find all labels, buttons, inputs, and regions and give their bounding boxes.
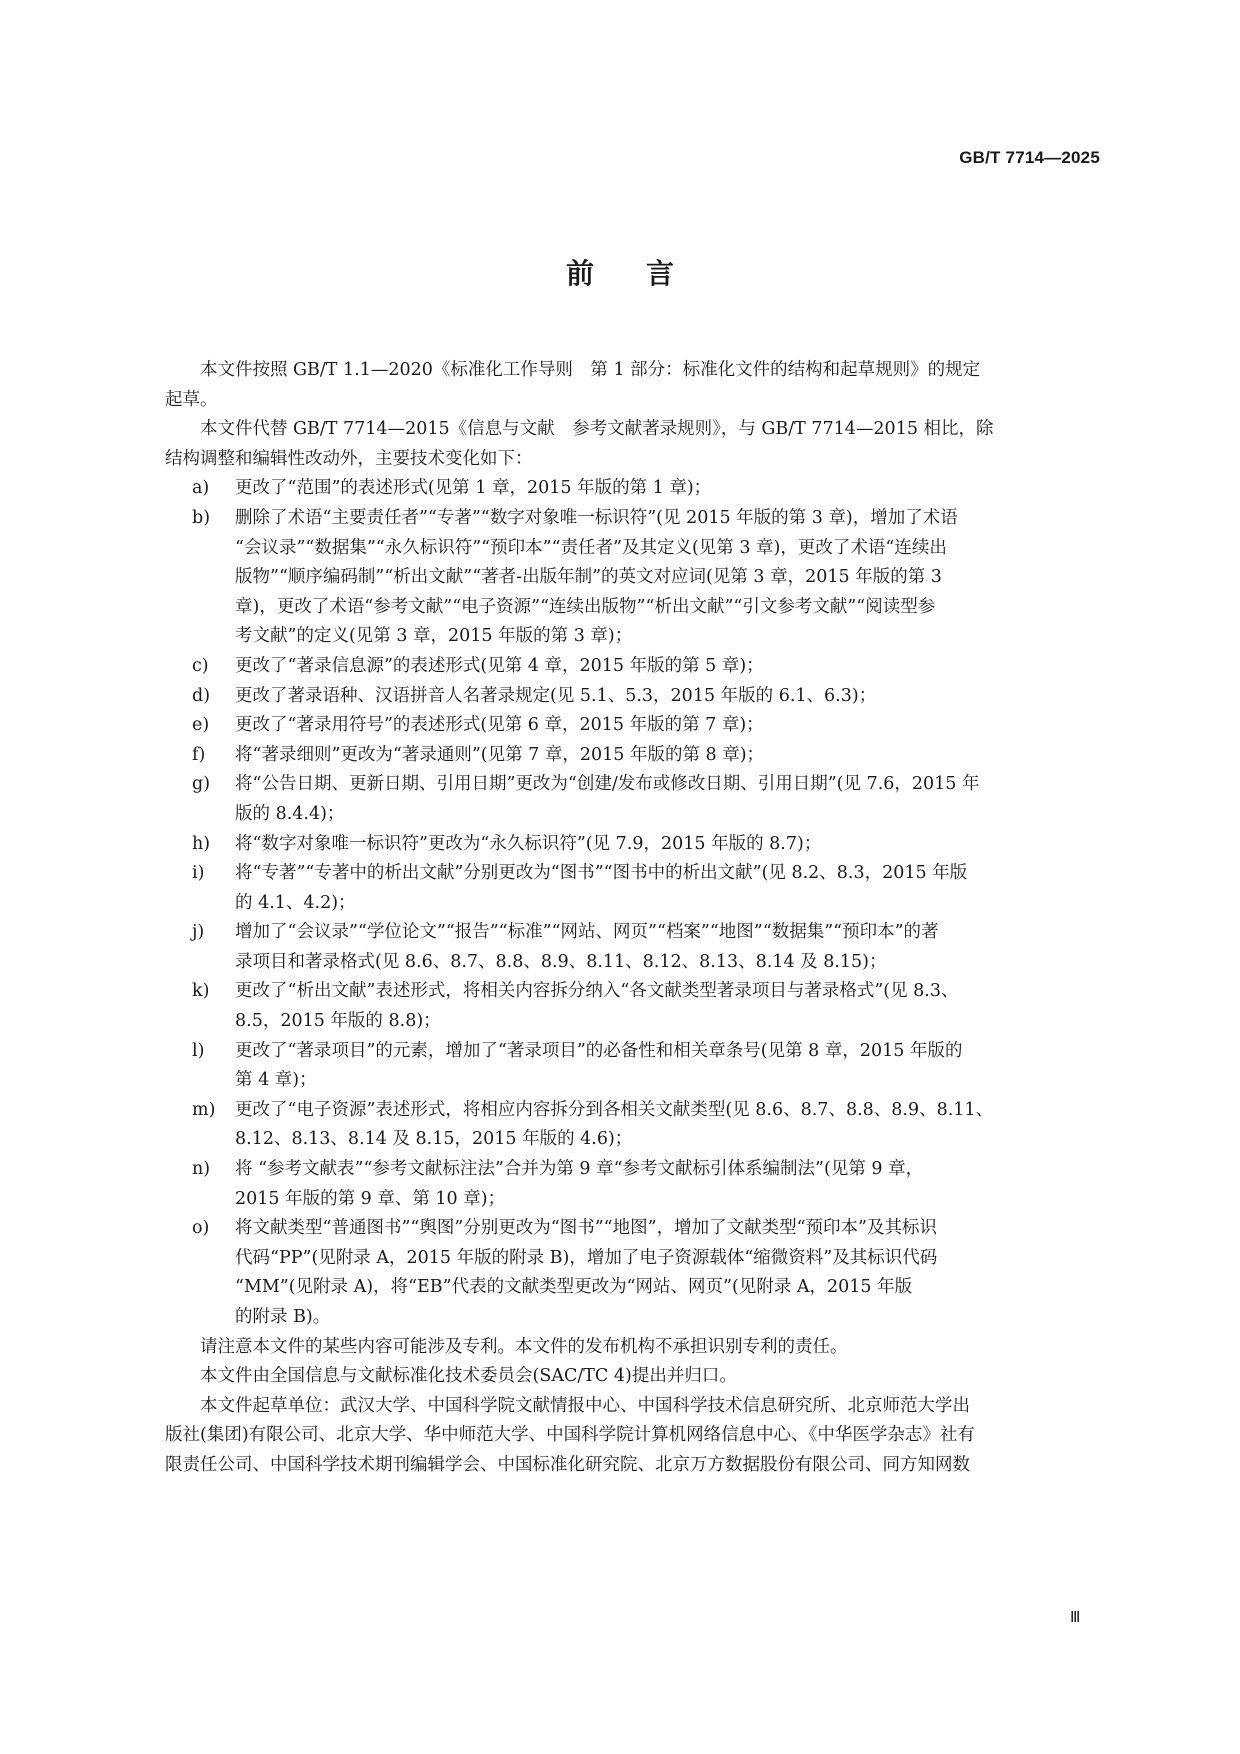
- text-line: 版的 8.4.4)；: [235, 800, 1105, 830]
- list-item: c)更改了“著录信息源”的表述形式(见第 4 章，2015 年版的第 5 章)；: [165, 652, 1105, 682]
- list-item-label: j): [192, 918, 204, 948]
- paragraph: 本文件起草单位：武汉大学、中国科学院文献情报中心、中国科学技术信息研究所、北京师…: [165, 1392, 1105, 1481]
- list-item: j)增加了“会议录”“学位论文”“报告”“标准”“网站、网页”“档案”“地图”“…: [165, 918, 1105, 977]
- text-line: 更改了“析出文献”表述形式，将相关内容拆分纳入“各文献类型著录项目与著录格式”(…: [235, 977, 1105, 1007]
- text-line: 增加了“会议录”“学位论文”“报告”“标准”“网站、网页”“档案”“地图”“数据…: [235, 918, 1105, 948]
- list-item: e)更改了“著录用符号”的表述形式(见第 6 章，2015 年版的第 7 章)；: [165, 711, 1105, 741]
- text-line: 限责任公司、中国科学技术期刊编辑学会、中国标准化研究院、北京万方数据股份有限公司…: [165, 1451, 1105, 1481]
- list-item-label: i): [192, 859, 204, 889]
- text-line: 代码“PP”(见附录 A，2015 年版的附录 B)，增加了电子资源载体“缩微资…: [235, 1244, 1105, 1274]
- list-item: n)将 “参考文献表”“参考文献标注法”合并为第 9 章“参考文献标引体系编制法…: [165, 1155, 1105, 1214]
- list-item-label: n): [192, 1155, 210, 1185]
- list-item: o)将文献类型“普通图书”“舆图”分别更改为“图书”“地图”，增加了文献类型“预…: [165, 1214, 1105, 1332]
- list-item: a)更改了“范围”的表述形式(见第 1 章，2015 年版的第 1 章)；: [165, 474, 1105, 504]
- paragraph: 本文件由全国信息与文献标准化技术委员会(SAC/TC 4)提出并归口。: [165, 1362, 1105, 1392]
- text-line: 将“专著”“专著中的析出文献”分别更改为“图书”“图书中的析出文献”(见 8.2…: [235, 859, 1105, 889]
- text-line: 的 4.1、4.2)；: [235, 889, 1105, 919]
- paragraph: 本文件按照 GB/T 1.1—2020《标准化工作导则 第 1 部分：标准化文件…: [165, 356, 1105, 415]
- text-line: 本文件按照 GB/T 1.1—2020《标准化工作导则 第 1 部分：标准化文件…: [165, 356, 1105, 386]
- text-line: 将“著录细则”更改为“著录通则”(见第 7 章，2015 年版的第 8 章)；: [235, 741, 1105, 771]
- text-line: 2015 年版的第 9 章、第 10 章)；: [235, 1185, 1105, 1215]
- text-line: 将“公告日期、更新日期、引用日期”更改为“创建/发布或修改日期、引用日期”(见 …: [235, 770, 1105, 800]
- paragraph: 请注意本文件的某些内容可能涉及专利。本文件的发布机构不承担识别专利的责任。: [165, 1333, 1105, 1363]
- list-item: l)更改了“著录项目”的元素，增加了“著录项目”的必备性和相关章条号(见第 8 …: [165, 1037, 1105, 1096]
- list-item-label: c): [192, 652, 209, 682]
- list-item-label: d): [192, 682, 210, 712]
- text-line: 起草。: [165, 386, 1105, 416]
- text-line: 版物”“顺序编码制”“析出文献”“著者-出版年制”的英文对应词(见第 3 章，2…: [235, 563, 1105, 593]
- text-line: “MM”(见附录 A)，将“EB”代表的文献类型更改为“网站、网页”(见附录 A…: [235, 1273, 1105, 1303]
- list-item-label: f): [192, 741, 205, 771]
- text-line: 结构调整和编辑性改动外，主要技术变化如下：: [165, 445, 1105, 475]
- text-line: 删除了术语“主要责任者”“专著”“数字对象唯一标识符”(见 2015 年版的第 …: [235, 504, 1105, 534]
- list-item: f)将“著录细则”更改为“著录通则”(见第 7 章，2015 年版的第 8 章)…: [165, 741, 1105, 771]
- paragraph: 本文件代替 GB/T 7714—2015《信息与文献 参考文献著录规则》，与 G…: [165, 415, 1105, 474]
- list-item-label: e): [192, 711, 209, 741]
- intro-paragraphs: 本文件按照 GB/T 1.1—2020《标准化工作导则 第 1 部分：标准化文件…: [165, 356, 1105, 474]
- list-item-label: k): [192, 977, 209, 1007]
- text-line: 本文件代替 GB/T 7714—2015《信息与文献 参考文献著录规则》，与 G…: [165, 415, 1105, 445]
- standard-code: GB/T 7714—2025: [959, 148, 1100, 168]
- text-line: 更改了著录语种、汉语拼音人名著录规定(见 5.1、5.3，2015 年版的 6.…: [235, 682, 1105, 712]
- document-body: 本文件按照 GB/T 1.1—2020《标准化工作导则 第 1 部分：标准化文件…: [165, 356, 1105, 1481]
- text-line: 将“数字对象唯一标识符”更改为“永久标识符”(见 7.9，2015 年版的 8.…: [235, 830, 1105, 860]
- text-line: 更改了“著录用符号”的表述形式(见第 6 章，2015 年版的第 7 章)；: [235, 711, 1105, 741]
- text-line: 考文献”的定义(见第 3 章，2015 年版的第 3 章)；: [235, 622, 1105, 652]
- list-item: d)更改了著录语种、汉语拼音人名著录规定(见 5.1、5.3，2015 年版的 …: [165, 682, 1105, 712]
- list-item-label: h): [192, 830, 210, 860]
- text-line: 更改了“电子资源”表述形式，将相应内容拆分到各相关文献类型(见 8.6、8.7、…: [235, 1096, 1105, 1126]
- list-item-label: l): [192, 1037, 204, 1067]
- text-line: 本文件由全国信息与文献标准化技术委员会(SAC/TC 4)提出并归口。: [165, 1362, 1105, 1392]
- list-item-label: o): [192, 1214, 209, 1244]
- text-line: 更改了“著录信息源”的表述形式(见第 4 章，2015 年版的第 5 章)；: [235, 652, 1105, 682]
- text-line: 8.12、8.13、8.14 及 8.15，2015 年版的 4.6)；: [235, 1125, 1105, 1155]
- page-number: Ⅲ: [1070, 1608, 1080, 1627]
- list-item: k)更改了“析出文献”表述形式，将相关内容拆分纳入“各文献类型著录项目与著录格式…: [165, 977, 1105, 1036]
- technical-changes-list: a)更改了“范围”的表述形式(见第 1 章，2015 年版的第 1 章)；b)删…: [165, 474, 1105, 1332]
- list-item: m)更改了“电子资源”表述形式，将相应内容拆分到各相关文献类型(见 8.6、8.…: [165, 1096, 1105, 1155]
- list-item: h)将“数字对象唯一标识符”更改为“永久标识符”(见 7.9，2015 年版的 …: [165, 830, 1105, 860]
- text-line: 请注意本文件的某些内容可能涉及专利。本文件的发布机构不承担识别专利的责任。: [165, 1333, 1105, 1363]
- text-line: 的附录 B)。: [235, 1303, 1105, 1333]
- text-line: 录项目和著录格式(见 8.6、8.7、8.8、8.9、8.11、8.12、8.1…: [235, 948, 1105, 978]
- text-line: 将文献类型“普通图书”“舆图”分别更改为“图书”“地图”，增加了文献类型“预印本…: [235, 1214, 1105, 1244]
- text-line: 章)，更改了术语“参考文献”“电子资源”“连续出版物”“析出文献”“引文参考文献…: [235, 593, 1105, 623]
- text-line: 8.5，2015 年版的 8.8)；: [235, 1007, 1105, 1037]
- list-item: i)将“专著”“专著中的析出文献”分别更改为“图书”“图书中的析出文献”(见 8…: [165, 859, 1105, 918]
- text-line: 更改了“著录项目”的元素，增加了“著录项目”的必备性和相关章条号(见第 8 章，…: [235, 1037, 1105, 1067]
- list-item-label: a): [192, 474, 209, 504]
- text-line: “会议录”“数据集”“永久标识符”“预印本”“责任者”及其定义(见第 3 章)，…: [235, 534, 1105, 564]
- list-item-label: g): [192, 770, 210, 800]
- page-title: 前言: [0, 252, 1240, 292]
- list-item: b)删除了术语“主要责任者”“专著”“数字对象唯一标识符”(见 2015 年版的…: [165, 504, 1105, 652]
- text-line: 将 “参考文献表”“参考文献标注法”合并为第 9 章“参考文献标引体系编制法”(…: [235, 1155, 1105, 1185]
- text-line: 版社(集团)有限公司、北京大学、华中师范大学、中国科学院计算机网络信息中心、《中…: [165, 1421, 1105, 1451]
- list-item-label: b): [192, 504, 210, 534]
- list-item: g)将“公告日期、更新日期、引用日期”更改为“创建/发布或修改日期、引用日期”(…: [165, 770, 1105, 829]
- list-item-label: m): [192, 1096, 215, 1126]
- text-line: 本文件起草单位：武汉大学、中国科学院文献情报中心、中国科学技术信息研究所、北京师…: [165, 1392, 1105, 1422]
- text-line: 更改了“范围”的表述形式(见第 1 章，2015 年版的第 1 章)；: [235, 474, 1105, 504]
- closing-paragraphs: 请注意本文件的某些内容可能涉及专利。本文件的发布机构不承担识别专利的责任。本文件…: [165, 1333, 1105, 1481]
- text-line: 第 4 章)；: [235, 1066, 1105, 1096]
